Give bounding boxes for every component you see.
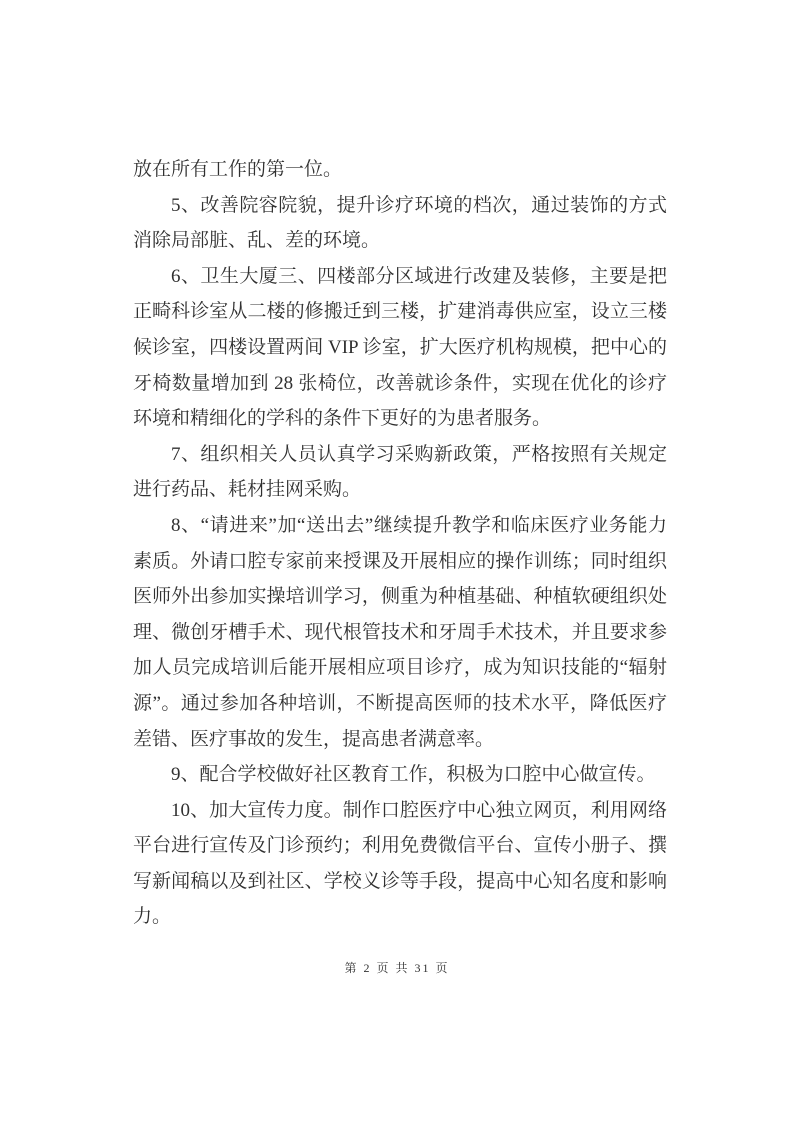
paragraph-item-5: 5、改善院容院貌，提升诊疗环境的档次，通过装饰的方式消除局部脏、乱、差的环境。 <box>133 188 667 259</box>
paragraph-item-6: 6、卫生大厦三、四楼部分区域进行改建及装修，主要是把正畸科诊室从二楼的修搬迁到三… <box>133 259 667 437</box>
paragraph-item-7: 7、组织相关人员认真学习采购新政策，严格按照有关规定进行药品、耗材挂网采购。 <box>133 437 667 508</box>
page-footer: 第 2 页 共 31 页 <box>0 959 794 976</box>
document-body: 放在所有工作的第一位。 5、改善院容院貌，提升诊疗环境的档次，通过装饰的方式消除… <box>133 152 667 935</box>
paragraph-item-10: 10、加大宣传力度。制作口腔医疗中心独立网页，利用网络平台进行宣传及门诊预约；利… <box>133 793 667 935</box>
paragraph-item-8: 8、“请进来”加“送出去”继续提升教学和临床医疗业务能力素质。外请口腔专家前来授… <box>133 508 667 757</box>
paragraph-continuation: 放在所有工作的第一位。 <box>133 152 667 188</box>
paragraph-item-9: 9、配合学校做好社区教育工作，积极为口腔中心做宣传。 <box>133 757 667 793</box>
document-page: 放在所有工作的第一位。 5、改善院容院貌，提升诊疗环境的档次，通过装饰的方式消除… <box>0 0 794 1123</box>
